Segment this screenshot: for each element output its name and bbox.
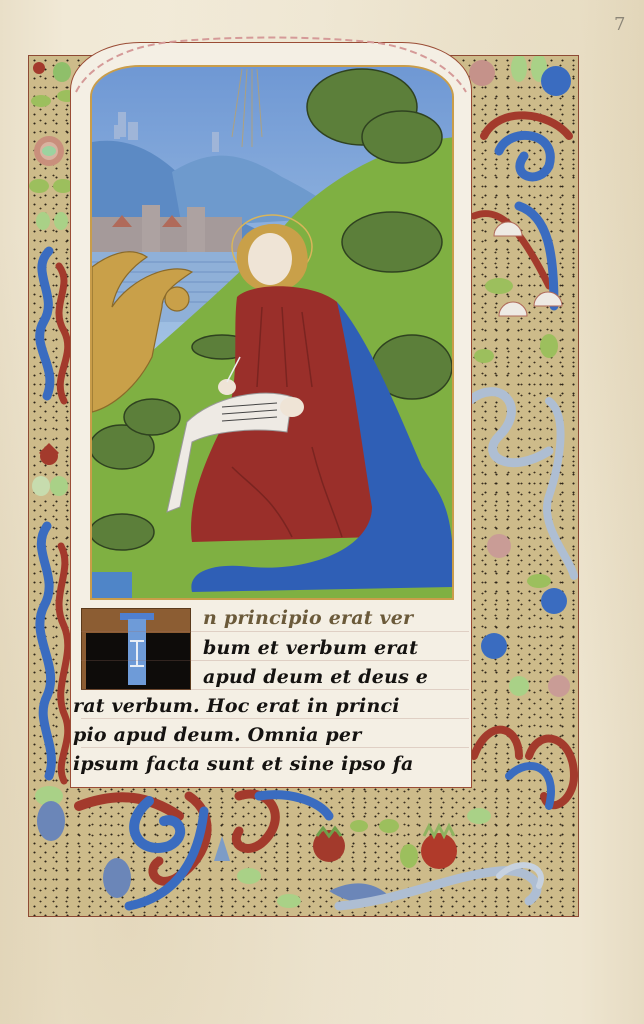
text-line-1: n principio erat ver: [203, 606, 413, 630]
text-line-2: bum et verbum erat: [203, 636, 418, 660]
manuscript-page: 7: [0, 0, 644, 1024]
initial-i-icon: [120, 611, 154, 687]
initial-letter-i: [81, 608, 191, 690]
miniature-st-john-patmos: [90, 65, 454, 600]
left-acanthus-icon: [40, 251, 68, 781]
text-line-6: ipsum facta sunt et sine ipso fa: [73, 752, 414, 776]
bottom-acanthus-icon: [37, 794, 541, 908]
text-line-3: apud deum et deus e: [203, 665, 428, 689]
miniature-scene: [92, 67, 454, 600]
folio-number: 7: [614, 14, 625, 35]
gospel-text-block: n principio erat ver bum et verbum erat …: [81, 604, 469, 782]
text-line-4: rat verbum. Hoc erat in princi: [73, 694, 400, 718]
right-acanthus-icon: [469, 56, 574, 806]
text-line-5: pio apud deum. Omnia per: [73, 723, 361, 747]
